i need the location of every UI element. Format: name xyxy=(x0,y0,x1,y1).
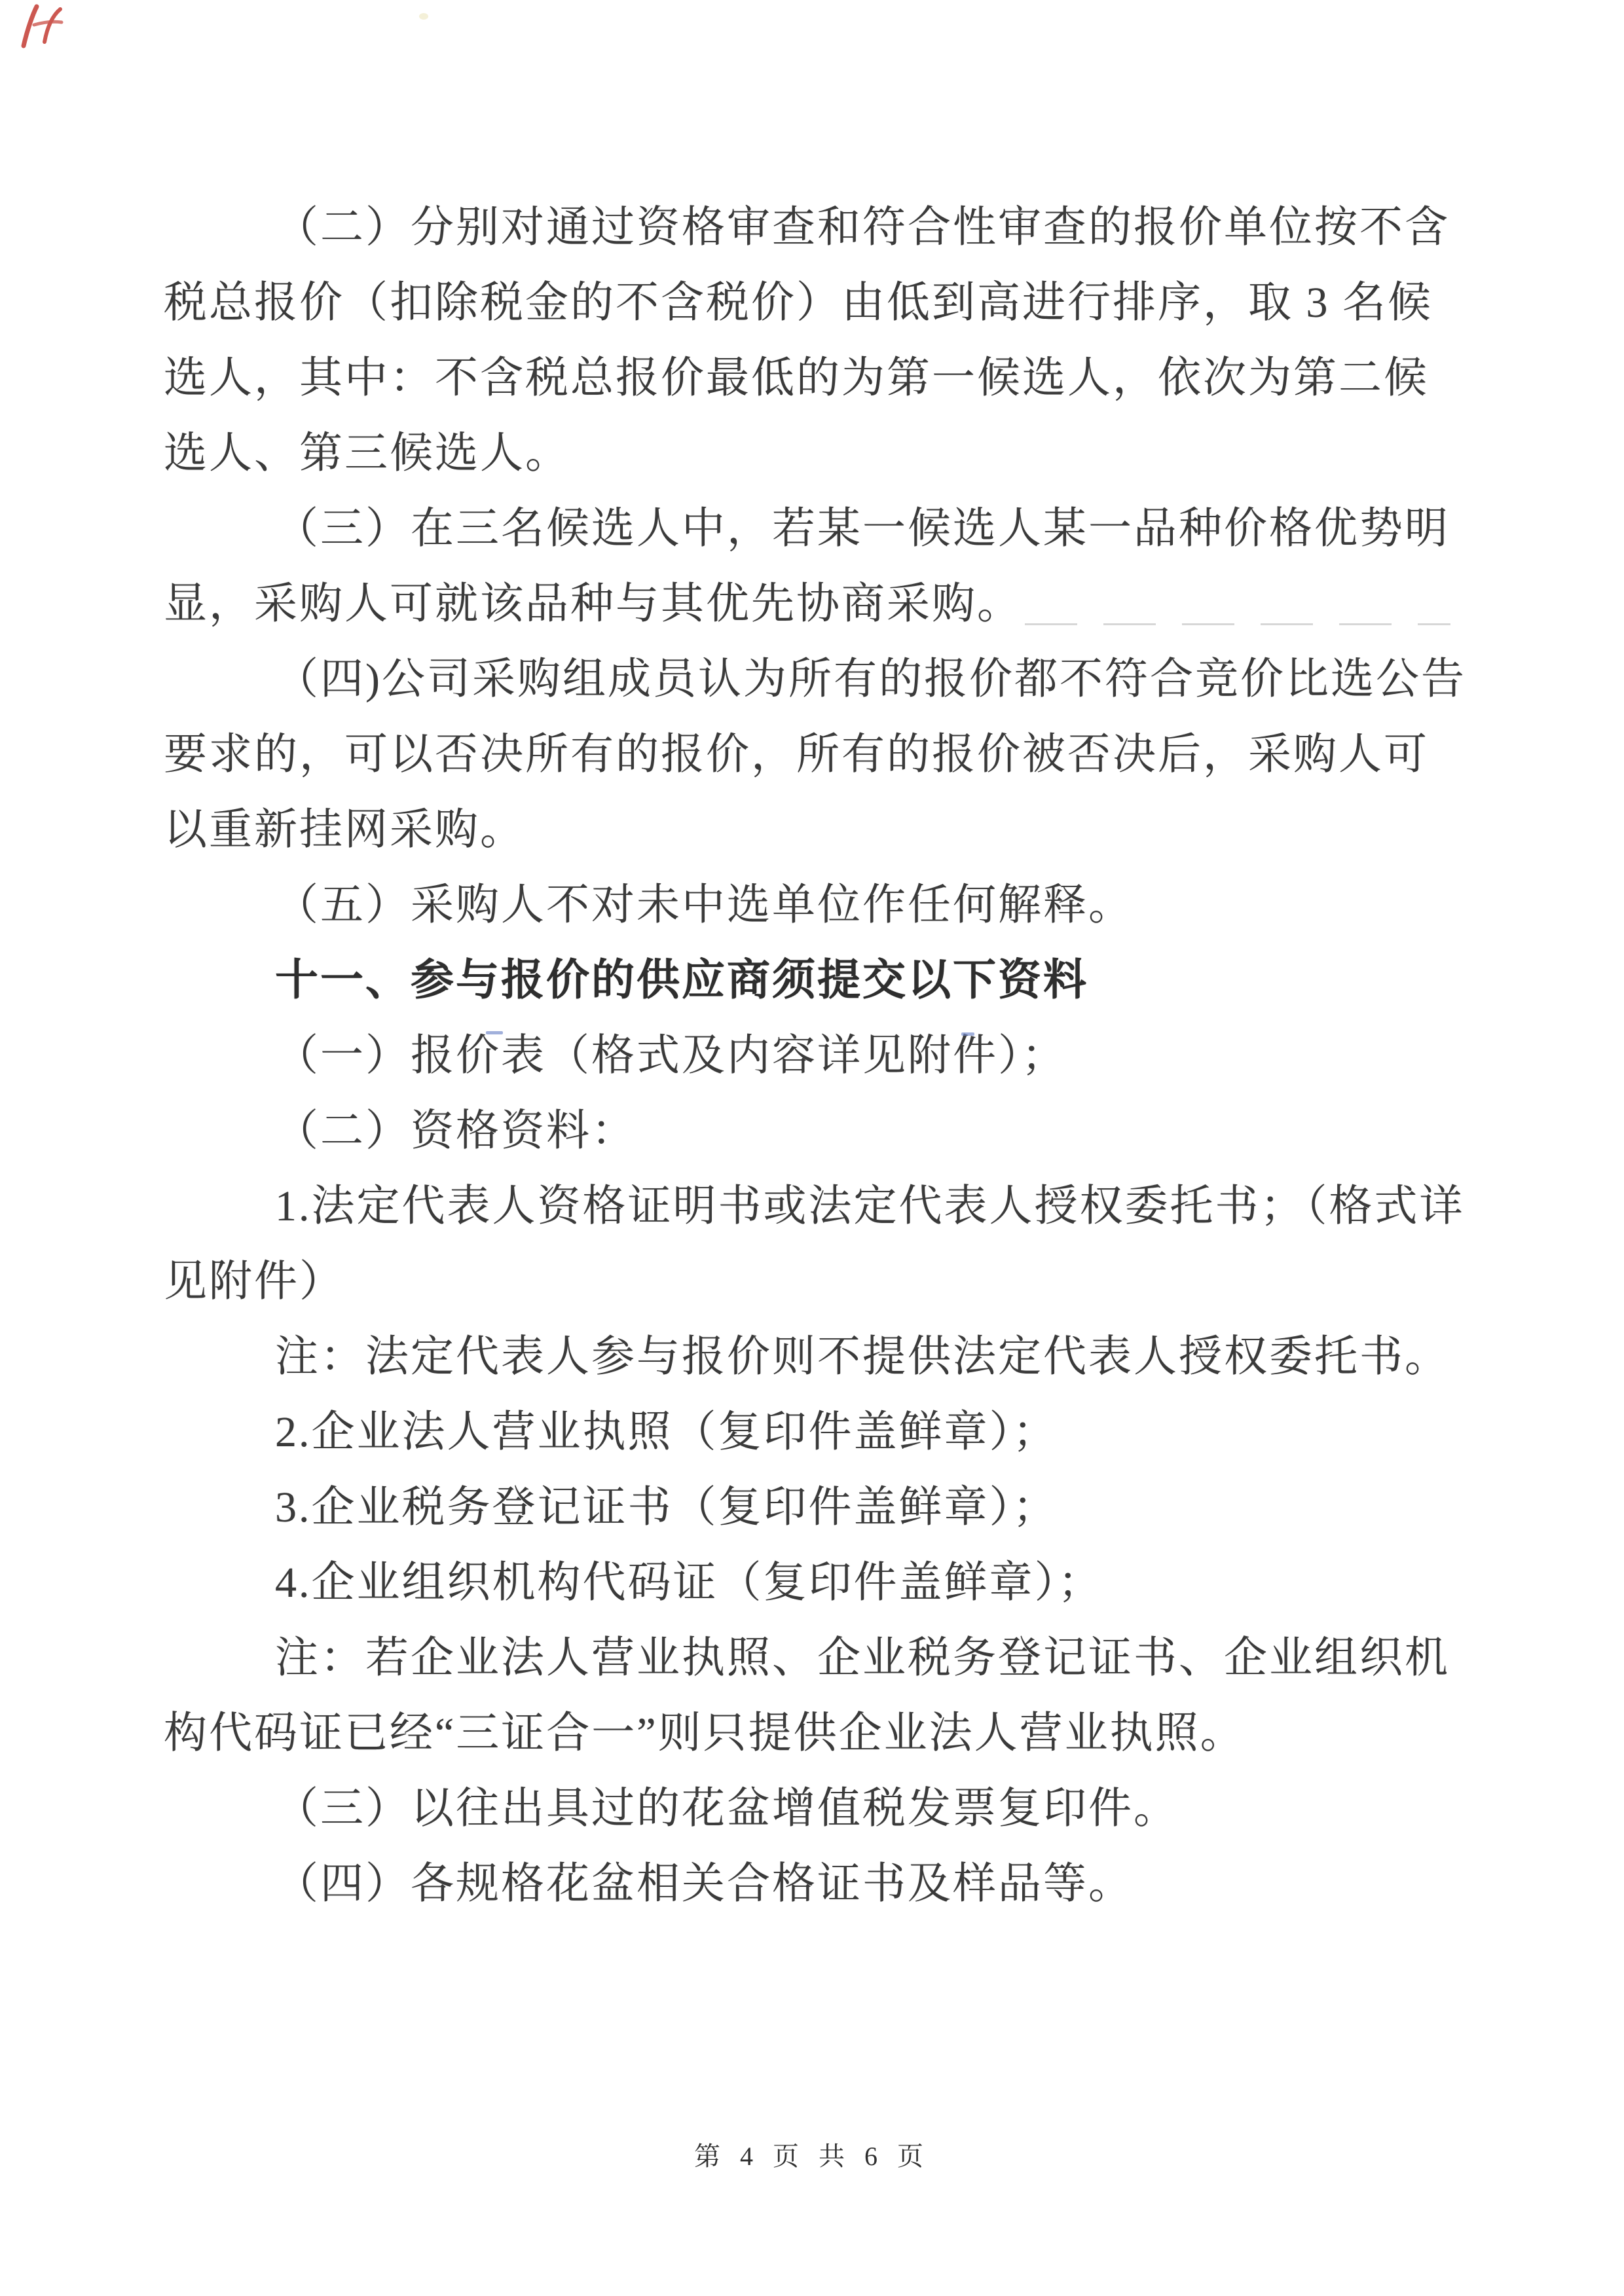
scan-smudge xyxy=(419,13,428,20)
document-line: 4.企业组织机构代码证（复印件盖鲜章）； xyxy=(164,1545,1467,1620)
document-line: 3.企业税务登记证书（复印件盖鲜章）； xyxy=(164,1470,1467,1545)
document-line: 选人、第三候选人。 xyxy=(164,416,1467,491)
ink-speck xyxy=(486,1031,503,1034)
ink-speck xyxy=(961,1032,974,1036)
document-line: 选人，其中：不含税总报价最低的为第一候选人，依次为第二候 xyxy=(164,340,1467,416)
document-line: 2.企业法人营业执照（复印件盖鲜章）； xyxy=(164,1394,1467,1470)
document-line: （二）分别对通过资格审查和符合性审查的报价单位按不含 xyxy=(164,190,1467,265)
document-line: 税总报价（扣除税金的不含税价）由低到高进行排序，取 3 名候 xyxy=(164,265,1467,340)
document-line: 注：若企业法人营业执照、企业税务登记证书、企业组织机 xyxy=(164,1620,1467,1696)
page-number: 第 4 页 共 6 页 xyxy=(0,2136,1624,2173)
document-line: （三）在三名候选人中，若某一候选人某一品种价格优势明 xyxy=(164,491,1467,566)
scanned-document-page: （二）分别对通过资格审查和符合性审查的报价单位按不含 税总报价（扣除税金的不含税… xyxy=(0,0,1624,2296)
document-line: 见附件） xyxy=(164,1244,1467,1319)
document-line: （四)公司采购组成员认为所有的报价都不符合竞价比选公告 xyxy=(164,642,1467,717)
document-line: （二）资格资料： xyxy=(164,1093,1467,1169)
document-line: 1.法定代表人资格证明书或法定代表人授权委托书；（格式详 xyxy=(164,1169,1467,1244)
document-line: 注：法定代表人参与报价则不提供法定代表人授权委托书。 xyxy=(164,1319,1467,1394)
document-line: （三）以往出具过的花盆增值税发票复印件。 xyxy=(164,1771,1467,1846)
document-line: 以重新挂网采购。 xyxy=(164,792,1467,867)
document-line: （四）各规格花盆相关合格证书及样品等。 xyxy=(164,1846,1467,1922)
document-line: 显，采购人可就该品种与其优先协商采购。 xyxy=(164,566,1467,642)
scan-artifact-line xyxy=(1025,623,1450,625)
document-line: 构代码证已经“三证合一”则只提供企业法人营业执照。 xyxy=(164,1696,1467,1771)
red-ink-mark xyxy=(14,3,80,54)
document-line: （五）采购人不对未中选单位作任何解释。 xyxy=(164,867,1467,943)
section-heading: 十一、参与报价的供应商须提交以下资料 xyxy=(164,943,1467,1018)
document-line: （一）报价表（格式及内容详见附件）； xyxy=(164,1018,1467,1093)
document-body: （二）分别对通过资格审查和符合性审查的报价单位按不含 税总报价（扣除税金的不含税… xyxy=(164,190,1467,1922)
document-line: 要求的，可以否决所有的报价，所有的报价被否决后，采购人可 xyxy=(164,717,1467,792)
